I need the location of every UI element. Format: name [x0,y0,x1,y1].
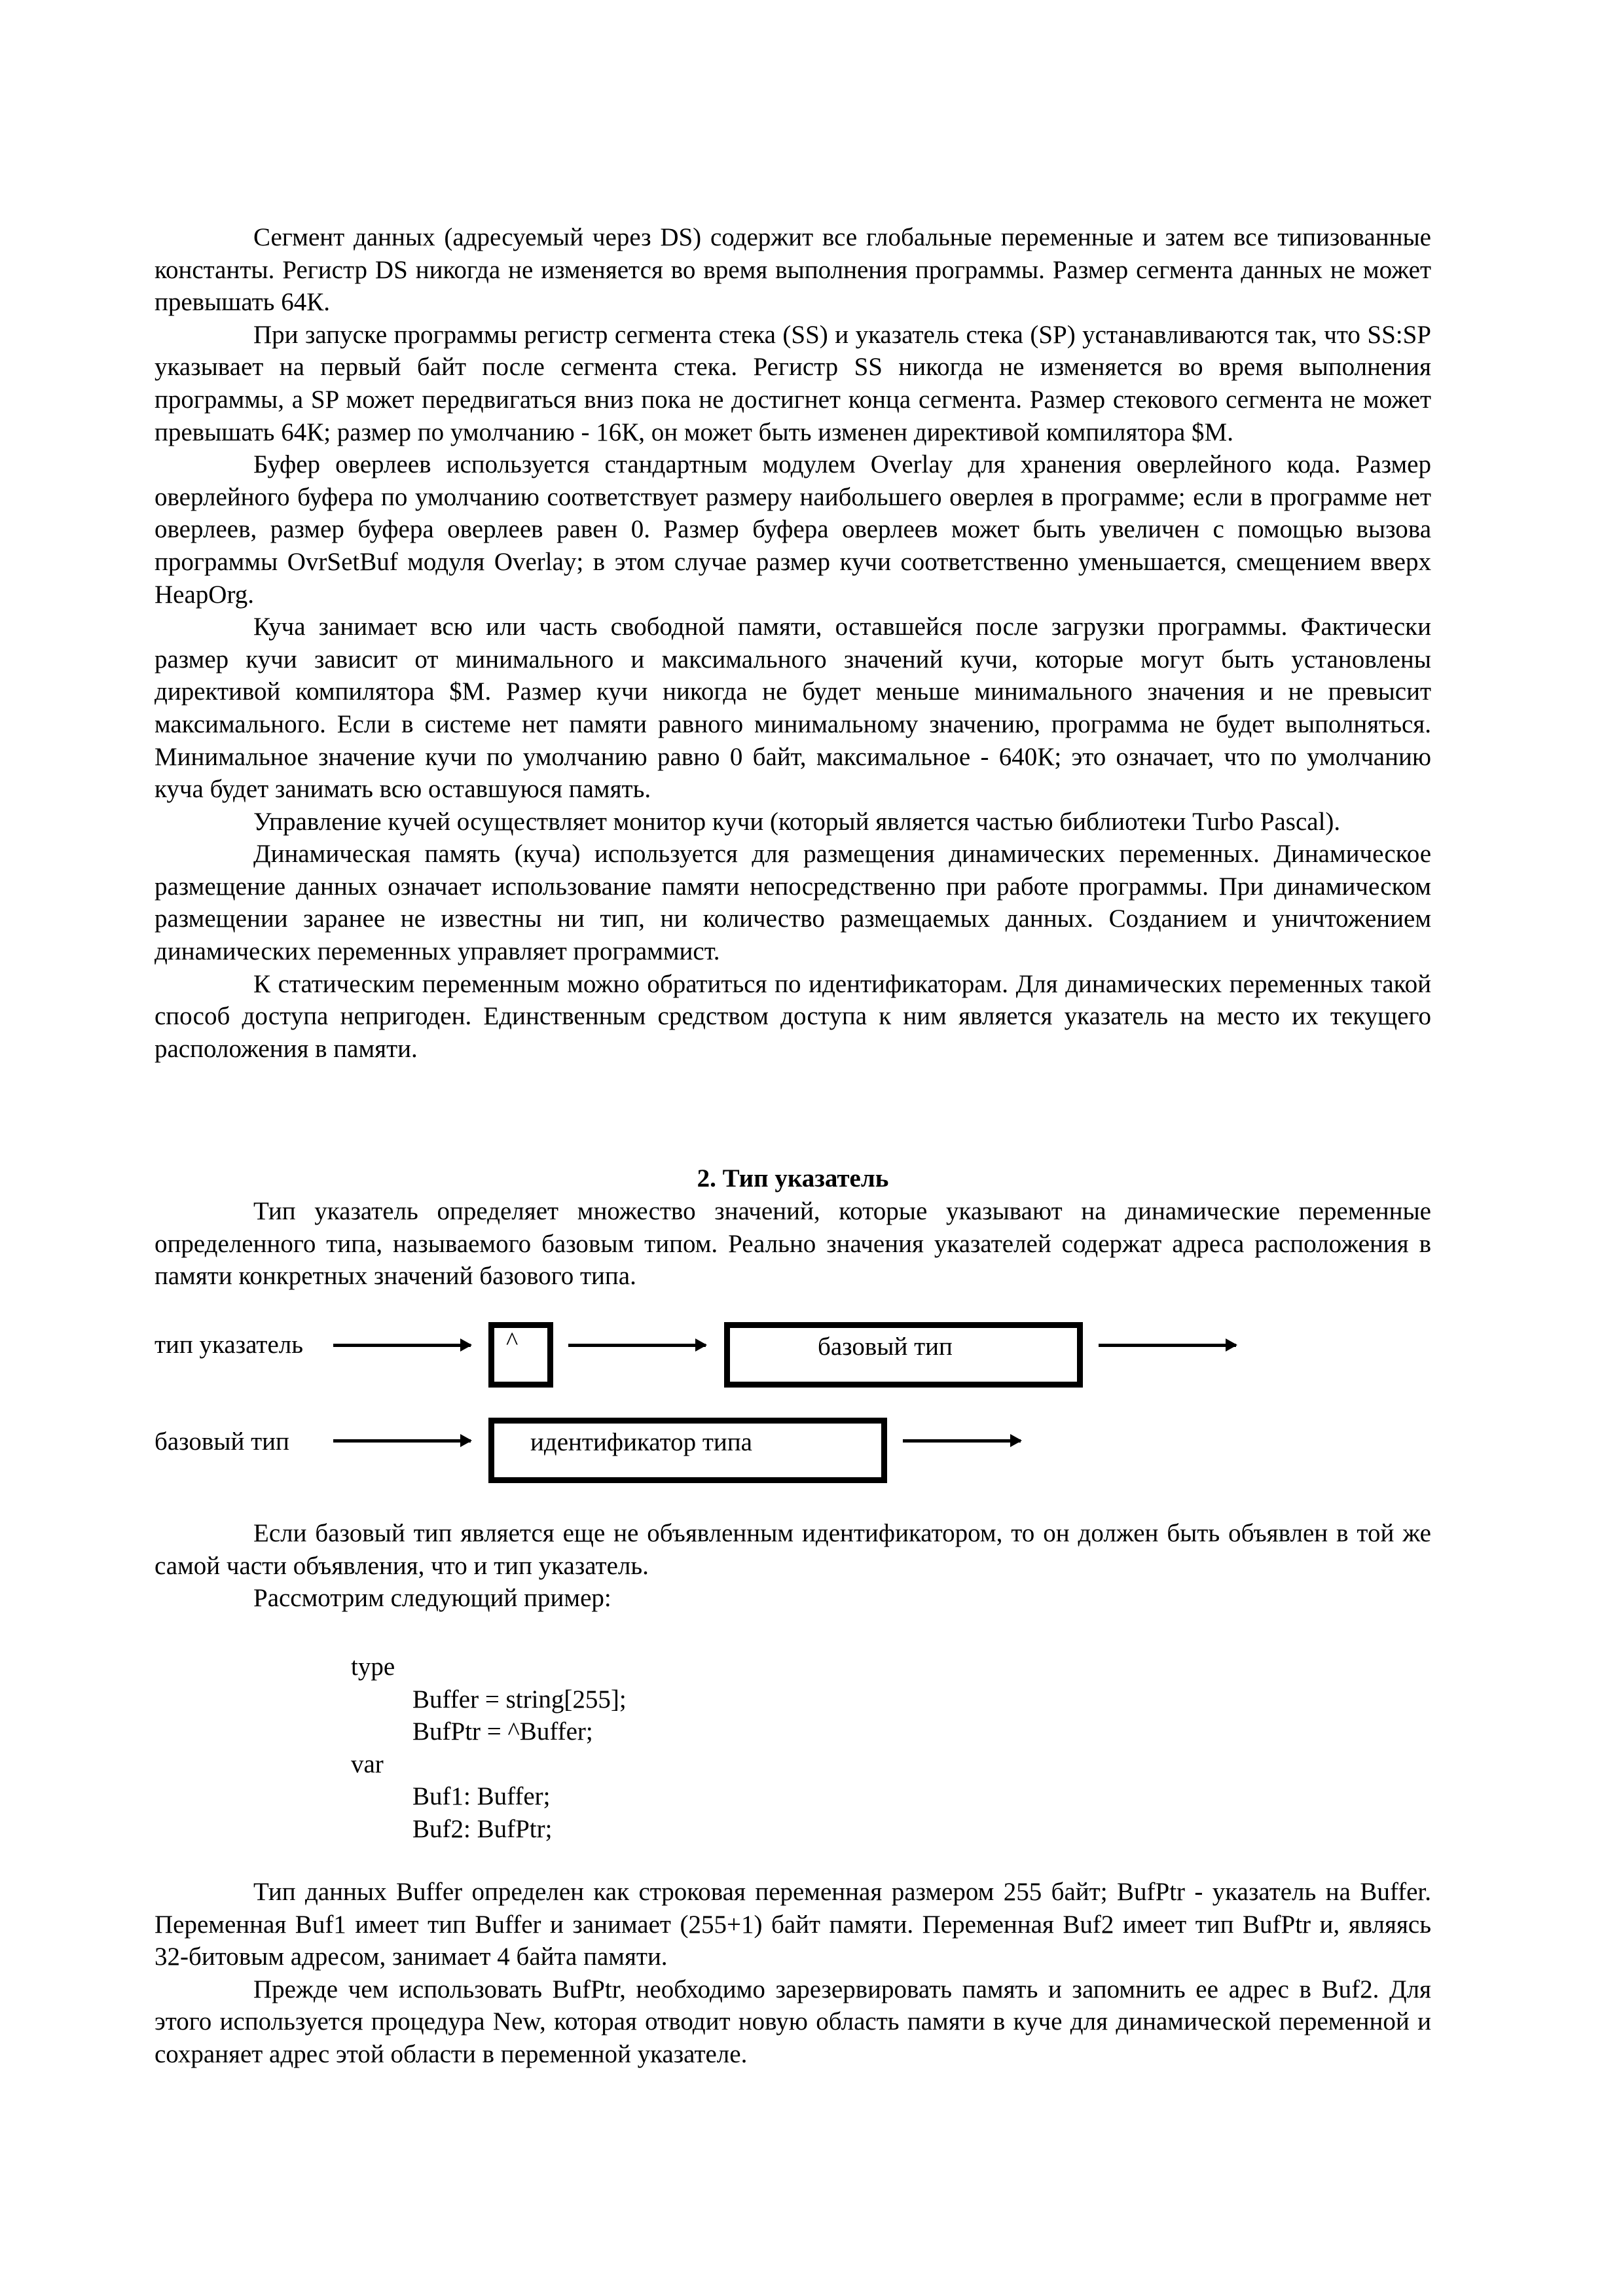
arrow-right-icon [333,1344,471,1347]
arrow-right-icon [1099,1344,1236,1347]
diagram-label-pointer-type: тип указатель [155,1330,303,1360]
type-identifier-box: идентификатор типа [488,1418,887,1483]
section2-intro: Тип указатель определяет множество значе… [155,1195,1431,1293]
paragraph-data-segment: Сегмент данных (адресуемый через DS) сод… [155,221,1431,319]
caret-symbol: ^ [506,1327,518,1357]
section1-body: Сегмент данных (адресуемый через DS) сод… [155,221,1431,1065]
closing-text: Тип данных Buffer определен как строкова… [155,1876,1431,2071]
arrow-right-icon [903,1439,1021,1443]
paragraph-heap-monitor: Управление кучей осуществляет монитор ку… [155,806,1431,838]
code-line-buf1: Buf1: Buffer; [412,1780,551,1813]
paragraph-forward-declaration: Если базовый тип является еще не объявле… [155,1517,1431,1582]
paragraph-new-procedure: Прежде чем использовать BufPtr, необходи… [155,1973,1431,2071]
paragraph-example-intro: Рассмотрим следующий пример: [155,1582,1431,1615]
base-type-box-label: базовый тип [818,1332,953,1362]
paragraph-dynamic-memory: Динамическая память (куча) используется … [155,838,1431,967]
paragraph-stack-segment: При запуске программы регистр сегмента с… [155,319,1431,448]
diagram-label-base-type: базовый тип [155,1427,289,1457]
after-diagram-text: Если базовый тип является еще не объявле… [155,1517,1431,1615]
paragraph-overlay-buffer: Буфер оверлеев используется стандартным … [155,448,1431,611]
code-line-buffer: Buffer = string[255]; [412,1683,627,1716]
type-identifier-label: идентификатор типа [530,1427,752,1458]
arrow-right-icon [333,1439,471,1443]
section-heading: 2. Тип указатель [155,1162,1431,1195]
code-line-buf2: Buf2: BufPtr; [412,1813,552,1846]
paragraph-buffer-explanation: Тип данных Buffer определен как строкова… [155,1876,1431,1973]
arrow-right-icon [568,1344,706,1347]
code-keyword-type: type [351,1651,395,1683]
caret-box: ^ [488,1322,553,1388]
base-type-box: базовый тип [724,1322,1083,1388]
paragraph-static-vs-dynamic: К статическим переменным можно обратитьс… [155,968,1431,1066]
code-line-bufptr: BufPtr = ^Buffer; [412,1715,593,1748]
paragraph-pointer-type-intro: Тип указатель определяет множество значе… [155,1195,1431,1293]
code-keyword-var: var [351,1748,384,1781]
paragraph-heap: Куча занимает всю или часть свободной па… [155,611,1431,806]
